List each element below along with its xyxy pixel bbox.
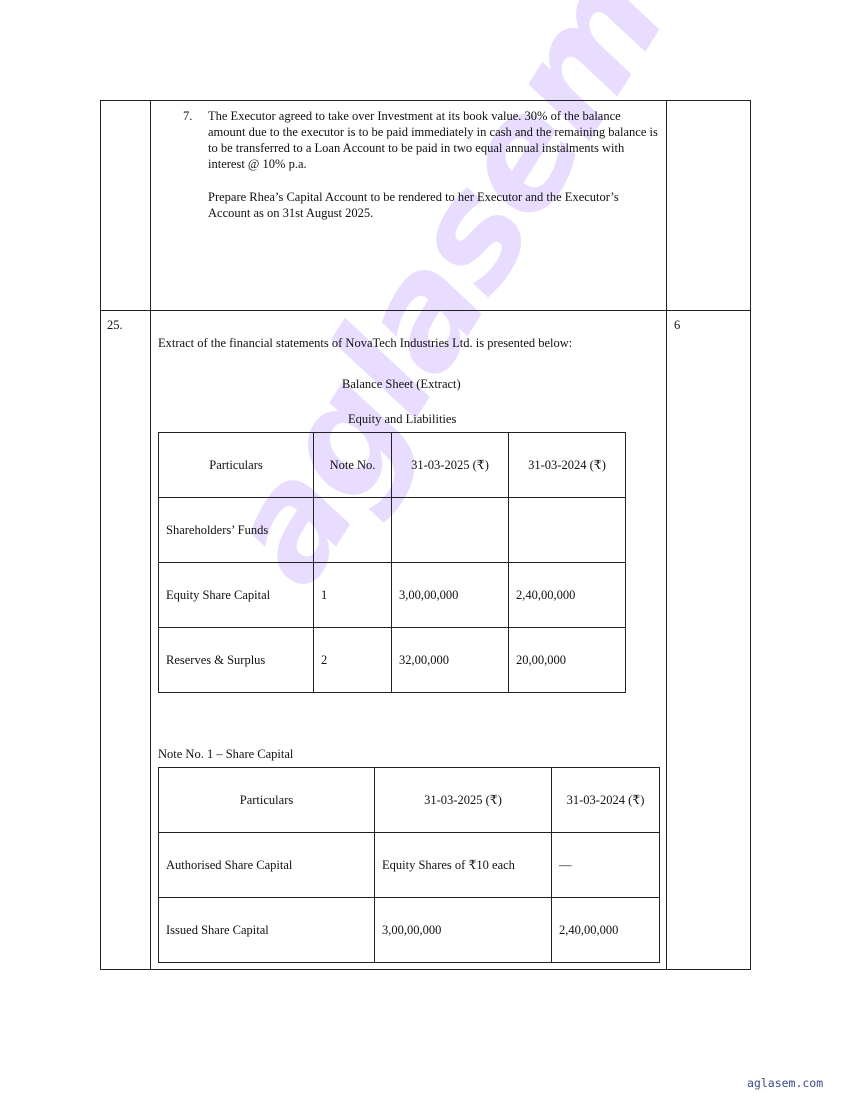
balance-sheet-header-cell: 31-03-2025 (₹) — [392, 433, 509, 498]
table-cell: 2,40,00,000 — [552, 898, 660, 963]
balance-sheet-header-cell: 31-03-2024 (₹) — [509, 433, 626, 498]
table-cell: Equity Share Capital — [159, 563, 314, 628]
balance-sheet-header-row: ParticularsNote No.31-03-2025 (₹)31-03-2… — [159, 433, 626, 498]
note-1-header-cell: 31-03-2024 (₹) — [552, 768, 660, 833]
table-cell: Issued Share Capital — [159, 898, 375, 963]
exam-page: aglasem 7. The Executor agreed to take o… — [0, 0, 850, 1100]
table-row: Shareholders’ Funds — [159, 498, 626, 563]
question-25-number: 25. — [107, 318, 123, 333]
section-title: Equity and Liabilities — [348, 412, 456, 427]
table-cell: 2,40,00,000 — [509, 563, 626, 628]
note-1-title: Note No. 1 – Share Capital — [158, 747, 293, 762]
table-cell: 2 — [314, 628, 392, 693]
table-row: Issued Share Capital3,00,00,0002,40,00,0… — [159, 898, 660, 963]
balance-sheet-header-cell: Note No. — [314, 433, 392, 498]
question-25-intro: Extract of the financial statements of N… — [158, 336, 572, 351]
table-row: Authorised Share CapitalEquity Shares of… — [159, 833, 660, 898]
table-cell — [314, 498, 392, 563]
table-row: Reserves & Surplus232,00,00020,00,000 — [159, 628, 626, 693]
row-divider — [100, 310, 751, 311]
column-divider — [150, 100, 151, 970]
note-1-header-row: Particulars31-03-2025 (₹)31-03-2024 (₹) — [159, 768, 660, 833]
balance-sheet-table: ParticularsNote No.31-03-2025 (₹)31-03-2… — [158, 432, 626, 693]
table-cell: Equity Shares of ₹10 each — [375, 833, 552, 898]
note-1-header-cell: Particulars — [159, 768, 375, 833]
question-25-marks: 6 — [674, 318, 680, 333]
question-7-text: The Executor agreed to take over Investm… — [208, 108, 658, 172]
note-1-table: Particulars31-03-2025 (₹)31-03-2024 (₹)A… — [158, 767, 660, 963]
table-cell: Reserves & Surplus — [159, 628, 314, 693]
table-row: Equity Share Capital13,00,00,0002,40,00,… — [159, 563, 626, 628]
table-cell — [392, 498, 509, 563]
table-cell: Authorised Share Capital — [159, 833, 375, 898]
table-cell: Shareholders’ Funds — [159, 498, 314, 563]
table-cell: 3,00,00,000 — [375, 898, 552, 963]
table-cell: 32,00,000 — [392, 628, 509, 693]
balance-sheet-header-cell: Particulars — [159, 433, 314, 498]
table-cell: — — [552, 833, 660, 898]
table-cell — [509, 498, 626, 563]
note-1-header-cell: 31-03-2025 (₹) — [375, 768, 552, 833]
table-cell: 3,00,00,000 — [392, 563, 509, 628]
column-divider — [666, 100, 667, 970]
table-cell: 1 — [314, 563, 392, 628]
site-footer: aglasem.com — [747, 1076, 823, 1090]
question-7-number: 7. — [183, 108, 192, 124]
table-cell: 20,00,000 — [509, 628, 626, 693]
question-7-instruction: Prepare Rhea’s Capital Account to be ren… — [208, 189, 658, 221]
balance-sheet-title: Balance Sheet (Extract) — [342, 377, 461, 392]
